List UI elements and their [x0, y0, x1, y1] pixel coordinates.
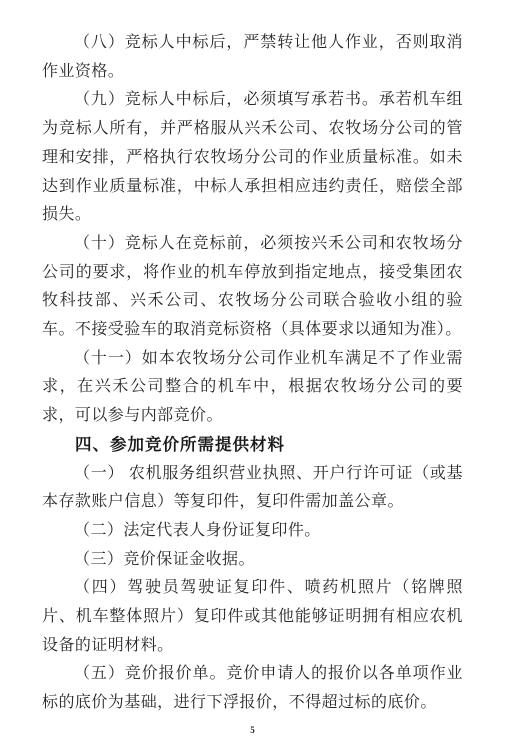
paragraph-item-10: （十）竞标人在竞标前，必须按兴禾公司和农牧场分公司的要求，将作业的机车停放到指定… — [42, 230, 463, 345]
page-number: 5 — [0, 725, 505, 735]
paragraph-material-5: （五）竞价报价单。竞价申请人的报价以各单项作业标的底价为基础，进行下浮报价，不得… — [42, 660, 463, 717]
document-page: （八）竞标人中标后，严禁转让他人作业，否则取消作业资格。 （九）竞标人中标后，必… — [0, 0, 505, 746]
paragraph-material-4: （四）驾驶员驾驶证复印件、喷药机照片（铭牌照片、机车整体照片）复印件或其他能够证… — [42, 574, 463, 660]
paragraph-item-9: （九）竞标人中标后，必须填写承若书。承若机车组为竞标人所有，并严格服从兴禾公司、… — [42, 86, 463, 230]
document-body: （八）竞标人中标后，严禁转让他人作业，否则取消作业资格。 （九）竞标人中标后，必… — [42, 29, 463, 718]
section-heading-materials: 四、参加竞价所需提供材料 — [42, 431, 463, 460]
paragraph-item-11: （十一）如本农牧场分公司作业机车满足不了作业需求，在兴禾公司整合的机车中，根据农… — [42, 345, 463, 431]
paragraph-material-2: （二）法定代表人身份证复印件。 — [42, 517, 463, 546]
paragraph-material-3: （三）竞价保证金收据。 — [42, 546, 463, 575]
paragraph-material-1: （一） 农机服务组织营业执照、开户行许可证（或基本存款账户信息）等复印件，复印件… — [42, 460, 463, 517]
paragraph-item-8: （八）竞标人中标后，严禁转让他人作业，否则取消作业资格。 — [42, 29, 463, 86]
